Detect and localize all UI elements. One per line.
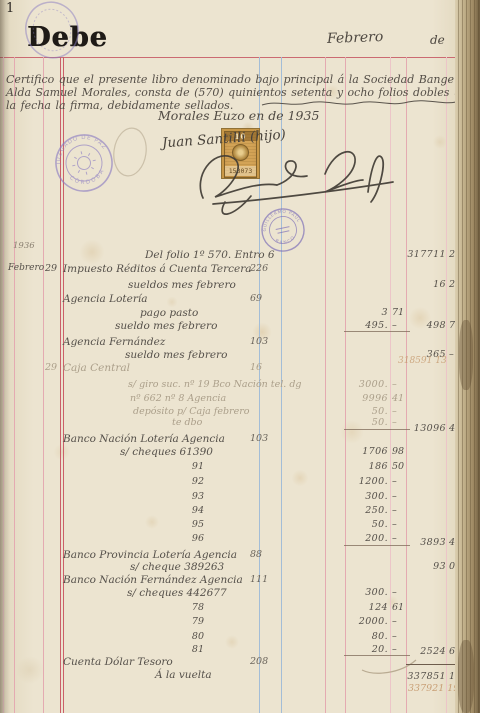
entry-cheque-number: 92 [186, 477, 204, 487]
entry-description: Agencia Fernández [63, 337, 165, 348]
entry-amount: 1706 [344, 447, 388, 457]
entry-total: 16 [406, 280, 446, 290]
ledger-row: s/ giro suc. nº 19 Bco Nación tel. dg 30… [0, 380, 480, 394]
ledger-row: sueldo mes febrero 495. – 498 71 [0, 321, 480, 335]
sum-line [344, 545, 410, 546]
entry-amount: 50. [344, 520, 388, 530]
entry-cheque-number: 93 [186, 492, 204, 502]
entry-amount: 124 [344, 603, 388, 613]
ledger-row: 93 300. – [0, 492, 480, 506]
entry-amount: 300. [344, 588, 388, 598]
entry-description: depósito p/ Caja febrero [133, 407, 249, 417]
entry-description: Cuenta Dólar Tesoro [63, 657, 173, 668]
entry-description: s/ giro suc. nº 19 Bco Nación tel. dg [128, 380, 301, 390]
ledger-row: 94 250. – [0, 506, 480, 520]
ledger-row: 80 80. – [0, 632, 480, 646]
ledger-page: 1 Debe Febrero de Certifico que el prese… [0, 0, 480, 713]
entry-description: Banco Nación Fernández Agencia [63, 575, 243, 586]
entry-amount: 3000. [344, 380, 388, 390]
entry-description: s/ cheques 61390 [120, 447, 213, 458]
entry-folio: 111 [250, 575, 268, 585]
entry-total: 317711 [406, 250, 446, 260]
entry-day: 29 [45, 264, 57, 274]
entry-amount-cents: – [392, 617, 406, 627]
entry-amount: 50. [344, 407, 388, 417]
entry-amount-cents: – [392, 632, 406, 642]
entry-description: s/ cheques 442677 [127, 588, 227, 599]
entry-amount: 3 [344, 308, 388, 318]
entry-total: 498 [406, 321, 446, 331]
entry-folio: 88 [250, 550, 262, 560]
ledger-row: s/ cheques 61390 1706 98 [0, 447, 480, 461]
pencil-oval [108, 124, 152, 180]
ledger-row: 95 50. – [0, 520, 480, 534]
entry-amount-cents: – [392, 407, 406, 417]
entry-cheque-number: 91 [186, 462, 204, 472]
entry-folio: 208 [250, 657, 268, 667]
ledger-row: sueldos mes febrero 16 20 [0, 280, 480, 294]
entry-description: Banco Nación Lotería Agencia [63, 434, 225, 445]
entry-description: Banco Provincia Lotería Agencia [63, 550, 237, 561]
de-label: de [430, 34, 445, 46]
entry-cheque-number: 81 [186, 645, 204, 655]
ledger-row: 91 186 50 [0, 462, 480, 476]
entry-folio: 226 [250, 264, 268, 274]
ledger-row: 92 1200. – [0, 477, 480, 491]
entry-description: Del folio 1º 570. Entro 6 [145, 250, 275, 261]
ledger-row: Agencia Lotería 69 [0, 294, 480, 308]
entry-amount-cents: – [392, 520, 406, 530]
entry-amount: 9996 [344, 394, 388, 404]
entry-description: sueldo mes febrero [115, 321, 217, 332]
book-spine-edge [455, 0, 480, 713]
svg-text:BANCO: BANCO [273, 233, 298, 248]
entry-cheque-number: 78 [186, 603, 204, 613]
entry-folio: 103 [250, 337, 268, 347]
entry-amount-cents: 50 [392, 462, 406, 472]
entry-folio: 16 [250, 363, 262, 373]
ledger-row: s/ cheques 442677 300. – [0, 588, 480, 602]
ledger-row: Febrero 29 Impuesto Réditos á Cuenta Ter… [0, 264, 480, 278]
ledger-row: 29 Caja Central 16 [0, 363, 480, 377]
entry-folio: 69 [250, 294, 262, 304]
spine-blotch [459, 320, 473, 390]
svg-text:CÓRDOBA: CÓRDOBA [67, 166, 109, 190]
entry-cheque-number: 95 [186, 520, 204, 530]
entry-amount-cents: – [392, 380, 406, 390]
entry-cheque-number: 80 [186, 632, 204, 642]
certification-dateline: Morales Euzo en de 1935 [158, 110, 319, 123]
entry-day: 29 [45, 363, 57, 373]
entry-description: pago pasto [140, 308, 198, 319]
entry-amount-cents: – [392, 645, 406, 655]
entry-amount: 50. [344, 418, 388, 428]
entry-cheque-number: 94 [186, 506, 204, 516]
entry-amount: 80. [344, 632, 388, 642]
spine-blotch [458, 640, 474, 713]
grand-total: 337851 [406, 672, 446, 682]
ledger-row: Banco Nación Fernández Agencia 111 [0, 575, 480, 589]
ledger-row: Agencia Fernández 103 [0, 337, 480, 351]
entry-amount-cents: – [392, 588, 406, 598]
entry-amount-cents: – [392, 477, 406, 487]
entry-description: s/ cheque 389263 [130, 562, 224, 573]
ledger-row: Del folio 1º 570. Entro 6 317711 22 [0, 250, 480, 264]
entry-description: nº 662 nº 8 Agencia [130, 394, 226, 404]
entry-amount: 300. [344, 492, 388, 502]
entry-amount-cents: 98 [392, 447, 406, 457]
pencil-total: 337921 19 [408, 684, 459, 694]
month-header: Febrero [327, 30, 384, 46]
binding-gutter-shadow [0, 0, 10, 713]
entry-amount: 186 [344, 462, 388, 472]
entry-amount-cents: 61 [392, 603, 406, 613]
entry-total: 3893 [406, 538, 446, 548]
entry-amount: 200. [344, 534, 388, 544]
entry-amount-cents: 41 [392, 394, 406, 404]
entry-amount: 20. [344, 645, 388, 655]
entry-description: Impuesto Réditos á Cuenta Tercera [63, 264, 252, 275]
entry-amount: 1200. [344, 477, 388, 487]
entry-month: Febrero [8, 264, 44, 273]
entry-amount-cents: – [392, 534, 406, 544]
sum-line [344, 429, 410, 430]
entry-amount-cents: – [392, 506, 406, 516]
ledger-row: 79 2000. – [0, 617, 480, 631]
entry-amount-cents: – [392, 418, 406, 428]
entry-total: 93 [406, 562, 446, 572]
ledger-row: Banco Nación Lotería Agencia 103 [0, 434, 480, 448]
entry-description: Caja Central [63, 363, 130, 374]
certification-line: Certifico que el presente libro denomina… [6, 74, 480, 85]
entry-amount: 2000. [344, 617, 388, 627]
entry-folio: 103 [250, 434, 268, 444]
entry-amount-cents: – [392, 321, 406, 331]
entry-description: Agencia Lotería [63, 294, 147, 305]
ledger-row: 78 124 61 [0, 603, 480, 617]
sum-line [344, 331, 410, 332]
entry-description: sueldo mes febrero [125, 350, 227, 361]
entry-amount: 250. [344, 506, 388, 516]
entry-description: te dbo [172, 418, 202, 428]
entry-amount: 495. [344, 321, 388, 331]
entry-cheque-number: 79 [186, 617, 204, 627]
entry-description: sueldos mes febrero [128, 280, 236, 291]
oval-stamp [20, 0, 84, 62]
entry-amount-cents: 71 [392, 308, 406, 318]
entry-cheque-number: 96 [186, 534, 204, 544]
entry-total: 13096 [406, 424, 446, 434]
entry-amount-cents: – [392, 492, 406, 502]
ledger-row: pago pasto 3 71 [0, 308, 480, 322]
bank-stamp: GUILLERMO PAUL BANCO [258, 205, 308, 255]
